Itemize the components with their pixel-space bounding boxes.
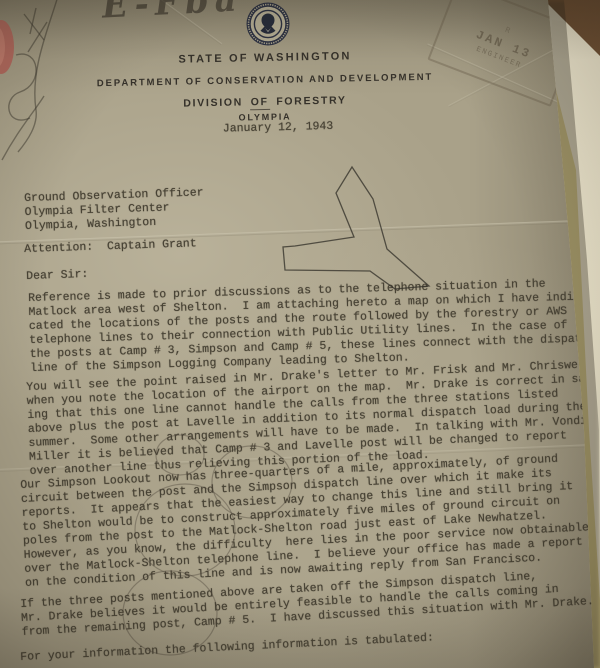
salutation: Dear Sir: [26, 268, 89, 284]
attention-line: Attention: Captain Grant [24, 237, 197, 257]
division-word: FORESTRY [276, 94, 347, 107]
handwritten-note: E-Fba [101, 0, 244, 27]
washington-state-seal-icon [245, 1, 291, 47]
stamp-line: R [504, 25, 515, 36]
division-word-underlined: OF [250, 96, 270, 110]
letter-sheet: E-Fba R JAN 13 ENGINEER STATE OF WASHING… [0, 0, 600, 668]
photo-of-letter: E-Fba R JAN 13 ENGINEER STATE OF WASHING… [0, 0, 600, 668]
recipient-address: Ground Observation Officer Olympia Filte… [24, 186, 205, 234]
letterhead-department: DEPARTMENT OF CONSERVATION AND DEVELOPME… [0, 70, 530, 91]
division-word: DIVISION [183, 96, 243, 109]
three-armed-outline-shape [283, 167, 429, 289]
